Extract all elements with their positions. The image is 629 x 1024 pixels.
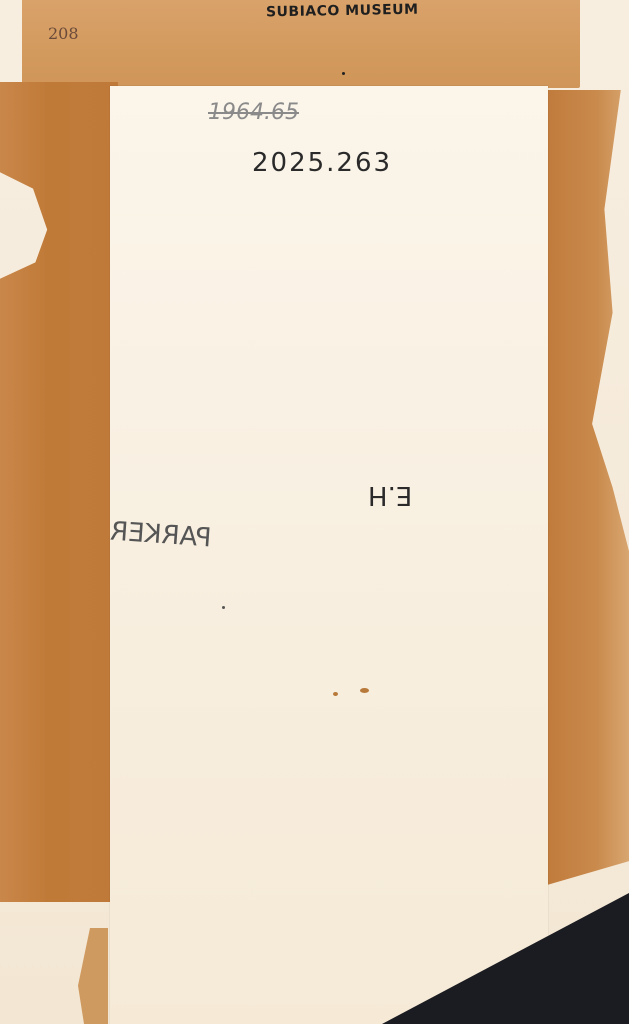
stain-speck	[333, 692, 338, 696]
museum-label: SUBIACO MUSEUM	[266, 2, 419, 21]
dirt-speck	[342, 72, 345, 75]
photo-card-back	[110, 86, 548, 1024]
stain-speck	[360, 688, 369, 693]
accession-number: 2025.263	[252, 148, 392, 178]
old-accession-number: 1964.65	[208, 100, 299, 125]
dirt-speck	[222, 606, 225, 609]
initials-inscription: E.H	[368, 480, 412, 510]
item-number: 208	[48, 24, 79, 43]
